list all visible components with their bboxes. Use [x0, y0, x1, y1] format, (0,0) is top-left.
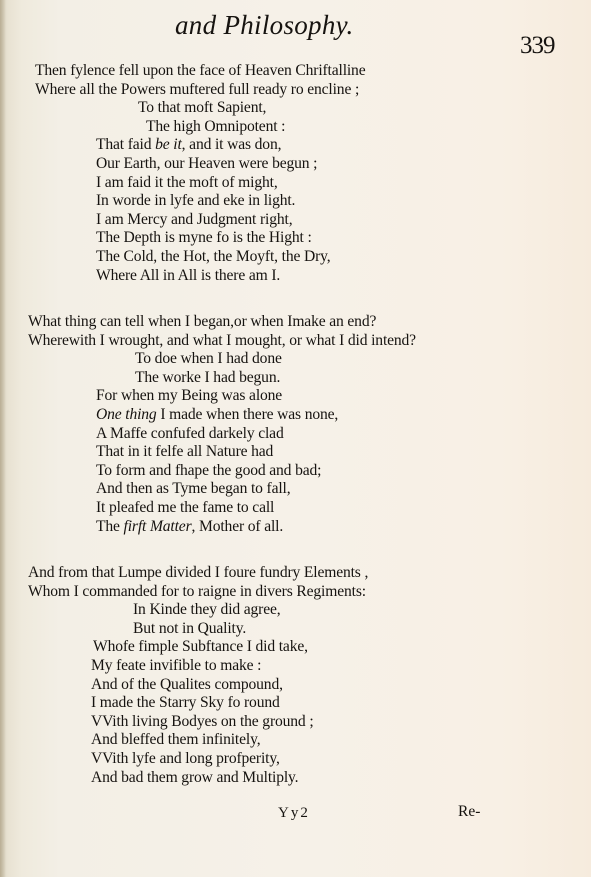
- verse-line: To form and fhape the good and bad;: [96, 462, 321, 480]
- verse-line: In Kinde they did agree,: [133, 601, 281, 619]
- italic-phrase: be it: [155, 136, 182, 153]
- italic-phrase: One thing: [96, 406, 157, 423]
- verse-line: A Maffe confufed darkely clad: [96, 425, 284, 443]
- verse-line: The high Omnipotent :: [146, 118, 285, 136]
- verse-line: I am Mercy and Judgment right,: [96, 211, 292, 229]
- verse-line: And bleffed them infinitely,: [91, 731, 260, 749]
- verse-line: In worde in lyfe and eke in light.: [96, 192, 295, 210]
- book-page: and Philosophy. 339 Then fylence fell up…: [0, 0, 591, 877]
- page-number: 339: [520, 32, 555, 60]
- verse-line: It pleafed me the fame to call: [96, 499, 274, 517]
- verse-line: My feate invifible to make :: [91, 657, 261, 675]
- verse-line: And of the Qualites compound,: [91, 676, 283, 694]
- verse-line: And from that Lumpe divided I foure fund…: [28, 564, 368, 582]
- verse-line: For when my Being was alone: [96, 387, 282, 405]
- verse-line: The worke I had begun.: [135, 369, 280, 387]
- running-head: and Philosophy.: [175, 10, 354, 41]
- verse-line: One thing I made when there was none,: [96, 406, 338, 424]
- verse-line: The Cold, the Hot, the Moyft, the Dry,: [96, 248, 331, 266]
- verse-line: Our Earth, our Heaven were begun ;: [96, 155, 317, 173]
- verse-line: Whom I commanded for to raigne in divers…: [28, 583, 366, 601]
- verse-line: Where all the Powers muftered full ready…: [35, 81, 359, 99]
- verse-line: That faid be it, and it was don,: [96, 136, 281, 154]
- verse-line: To that moft Sapient,: [138, 99, 266, 117]
- verse-line: I made the Starry Sky fo round: [91, 694, 280, 712]
- verse-line: I am faid it the moft of might,: [96, 174, 278, 192]
- verse-line: And then as Tyme began to fall,: [96, 480, 290, 498]
- verse-line: VVith lyfe and long profperity,: [91, 750, 280, 768]
- verse-line: But not in Quality.: [133, 620, 246, 638]
- verse-line: The firft Matter, Mother of all.: [96, 518, 283, 536]
- signature-mark: Yy2: [278, 805, 310, 822]
- verse-line: Whofe fimple Subftance I did take,: [93, 638, 308, 656]
- verse-line: Where All in All is there am I.: [96, 267, 280, 285]
- verse-line: That in it felfe all Nature had: [96, 443, 273, 461]
- verse-line: What thing can tell when I began,or when…: [28, 313, 376, 331]
- verse-line: Wherewith I wrought, and what I mought, …: [28, 332, 416, 350]
- verse-line: To doe when I had done: [135, 350, 282, 368]
- italic-phrase: firft Matter: [124, 518, 192, 535]
- catchword: Re-: [458, 803, 480, 821]
- verse-line: And bad them grow and Multiply.: [91, 769, 298, 787]
- verse-line: Then fylence fell upon the face of Heave…: [35, 62, 365, 80]
- verse-line: VVith living Bodyes on the ground ;: [91, 713, 314, 731]
- gutter-shadow: [0, 0, 6, 877]
- verse-line: The Depth is myne fo is the Hight :: [96, 229, 312, 247]
